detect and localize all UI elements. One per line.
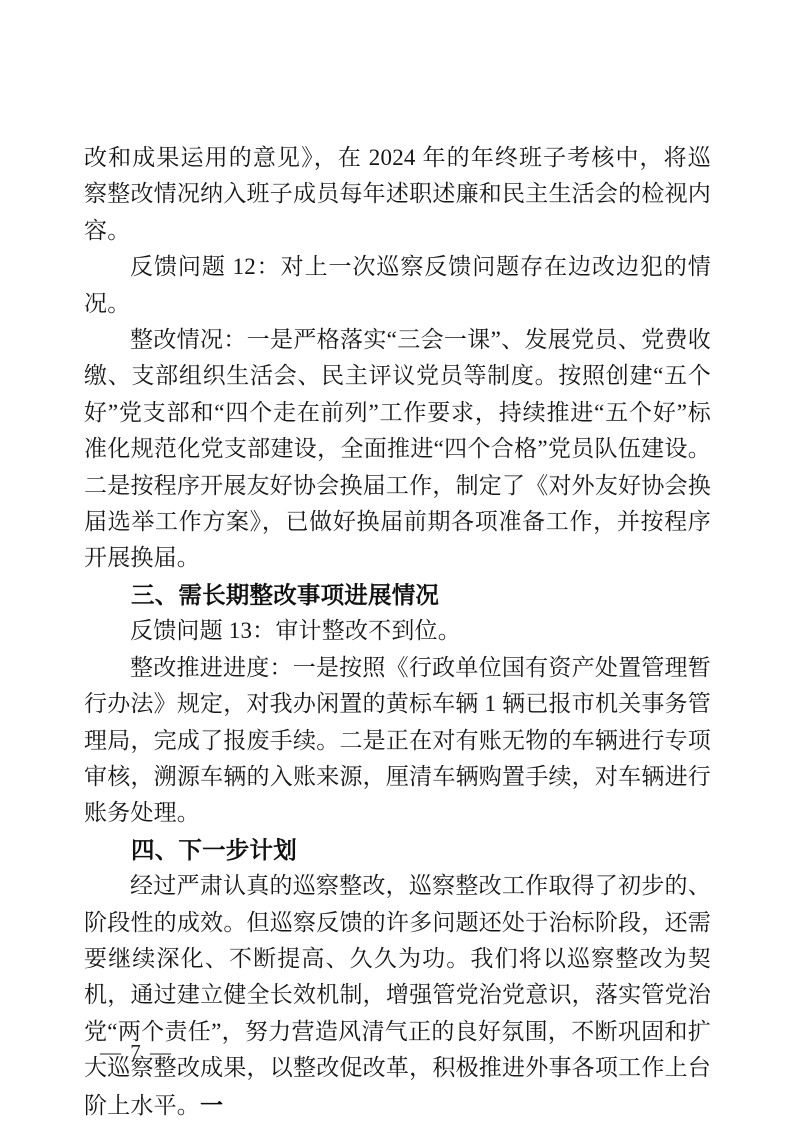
body-paragraph-continuation: 改和成果运用的意见》，在 2024 年的年终班子考核中，将巡察整改情况纳入班子成… <box>84 140 711 249</box>
next-steps-text: 经过严肃认真的巡察整改，巡察整改工作取得了初步的、阶段性的成效。但巡察反馈的许多… <box>84 873 711 1117</box>
body-paragraph-rectification-status: 整改情况：一是严格落实“三会一课”、发展党员、党费收缴、支部组织生活会、民主评议… <box>84 322 711 577</box>
body-paragraph-feedback-issue-13: 反馈问题 13：审计整改不到位。 <box>84 613 711 649</box>
section-heading-three: 三、需长期整改事项进展情况 <box>84 577 711 613</box>
page-number: — 7 — <box>100 1040 173 1065</box>
document-body: 改和成果运用的意见》，在 2024 年的年终班子考核中，将巡察整改情况纳入班子成… <box>84 140 711 1122</box>
section-heading-four: 四、下一步计划 <box>84 832 711 868</box>
document-page: 改和成果运用的意见》，在 2024 年的年终班子考核中，将巡察整改情况纳入班子成… <box>0 0 793 1122</box>
trailing-bold-character: 一 <box>200 1092 223 1118</box>
body-paragraph-feedback-issue-12: 反馈问题 12：对上一次巡察反馈问题存在边改边犯的情况。 <box>84 249 711 322</box>
body-paragraph-rectification-progress: 整改推进进度：一是按照《行政单位国有资产处置管理暂行办法》规定，对我办闲置的黄标… <box>84 650 711 832</box>
body-paragraph-next-steps: 经过严肃认真的巡察整改，巡察整改工作取得了初步的、阶段性的成效。但巡察反馈的许多… <box>84 868 711 1122</box>
